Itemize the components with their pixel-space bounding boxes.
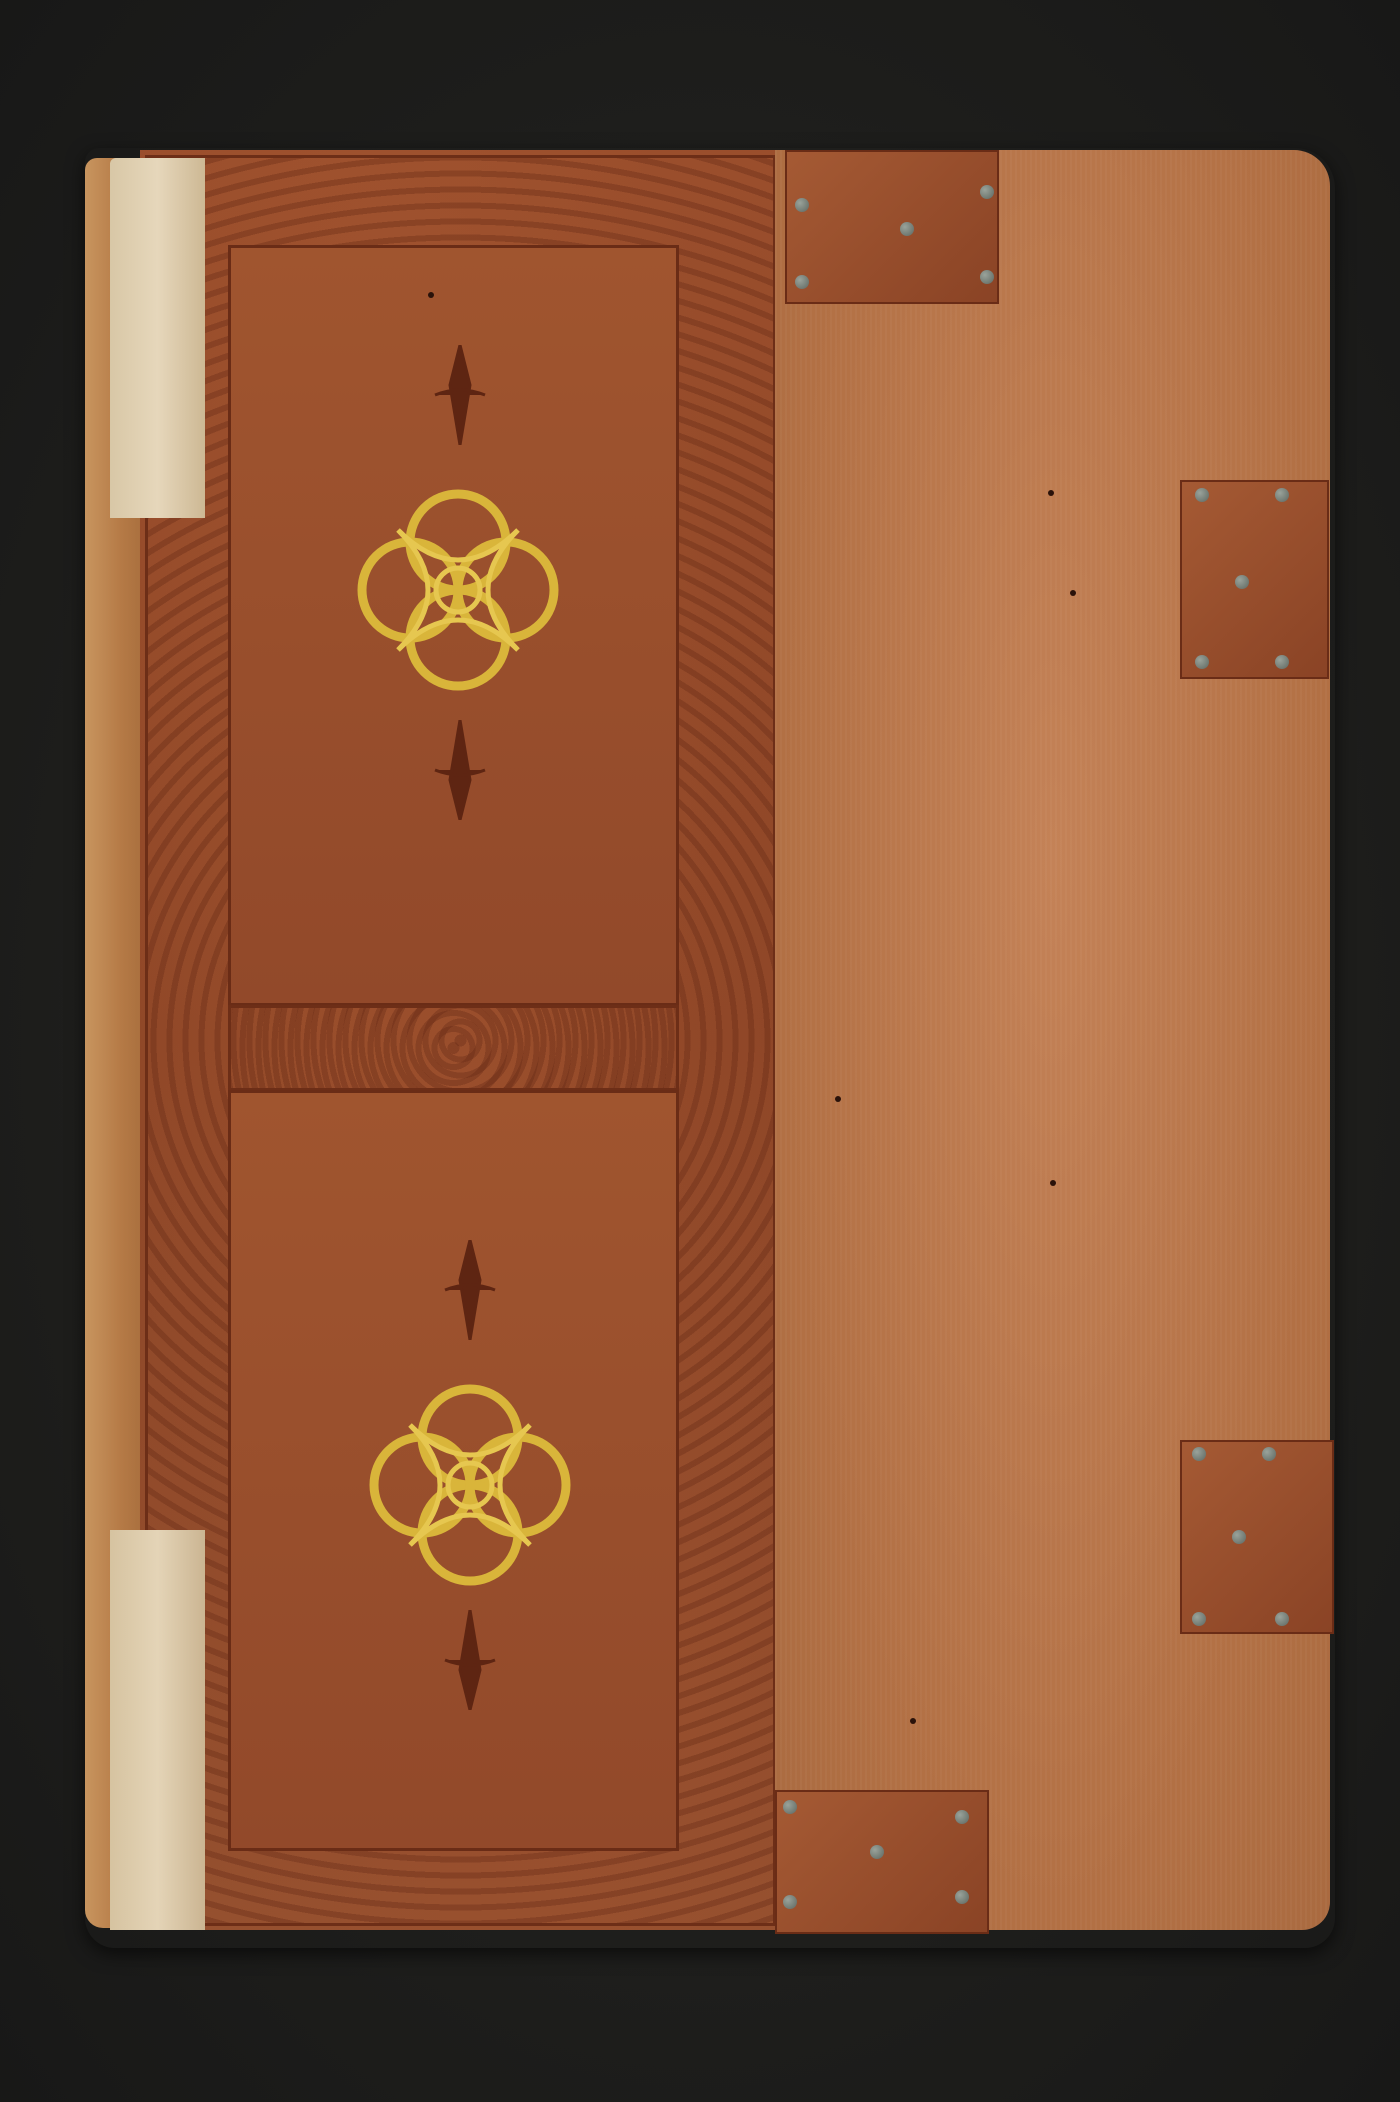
fleuron-icon <box>430 720 490 820</box>
nail-icon <box>900 222 914 236</box>
spine-paper-bottom <box>110 1530 205 1930</box>
fleuron-icon <box>440 1240 500 1340</box>
nail-icon <box>1275 1612 1289 1626</box>
nail-icon <box>1192 1612 1206 1626</box>
worm-hole <box>910 1718 916 1724</box>
corner-piece-right-upper <box>1180 480 1329 679</box>
nail-icon <box>955 1810 969 1824</box>
worm-hole <box>1070 590 1076 596</box>
corner-piece-right-lower <box>1180 1440 1334 1634</box>
fleuron-icon <box>440 1610 500 1710</box>
nail-icon <box>1195 488 1209 502</box>
nail-icon <box>1275 655 1289 669</box>
fleuron-icon <box>430 345 490 445</box>
corner-piece-top <box>785 150 999 304</box>
gold-medallion-upper-icon <box>338 470 578 710</box>
nail-icon <box>870 1845 884 1859</box>
nail-icon <box>980 185 994 199</box>
nail-icon <box>1275 488 1289 502</box>
nail-icon <box>783 1895 797 1909</box>
nail-icon <box>1262 1447 1276 1461</box>
worm-hole <box>428 292 434 298</box>
gold-medallion-lower-icon <box>350 1365 590 1605</box>
paper-board <box>775 150 1330 1930</box>
nail-icon <box>795 198 809 212</box>
worm-hole <box>1048 490 1054 496</box>
nail-icon <box>955 1890 969 1904</box>
nail-icon <box>1192 1447 1206 1461</box>
worm-hole <box>1050 1180 1056 1186</box>
nail-icon <box>980 270 994 284</box>
nail-icon <box>783 1800 797 1814</box>
nail-icon <box>1235 575 1249 589</box>
spine-paper-top <box>110 158 205 518</box>
nail-icon <box>1232 1530 1246 1544</box>
nail-icon <box>1195 655 1209 669</box>
nail-icon <box>795 275 809 289</box>
worm-hole <box>835 1096 841 1102</box>
middle-floral-band <box>228 1005 679 1091</box>
